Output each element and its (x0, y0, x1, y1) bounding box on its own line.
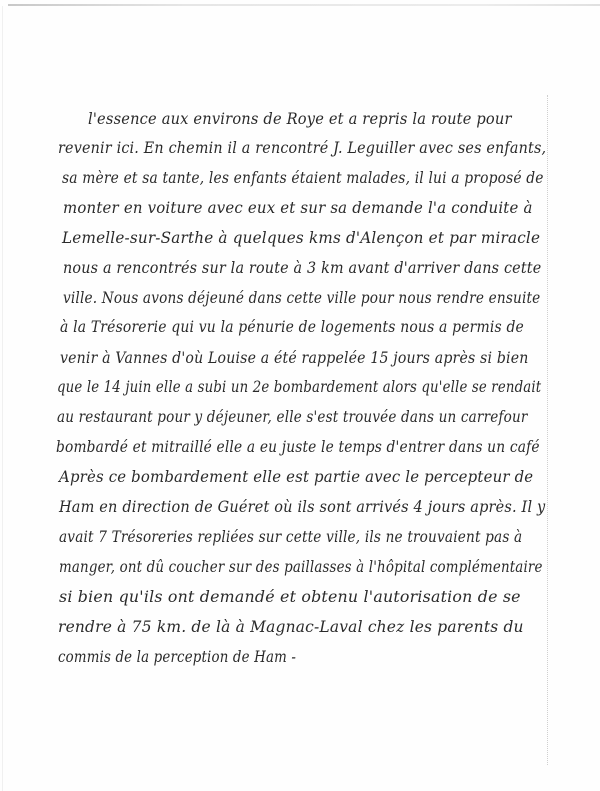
text-line: Ham en direction de Guéret où ils sont a… (59, 498, 545, 516)
right-margin-line (547, 95, 548, 765)
text-line: au restaurant pour y déjeuner, elle s'es… (57, 408, 527, 426)
text-line: à la Trésorerie qui vu la pénurie de log… (60, 318, 524, 336)
text-line: bombardé et mitraillé elle a eu juste le… (56, 438, 540, 456)
text-line: si bien qu'ils ont demandé et obtenu l'a… (59, 588, 521, 606)
paper-top-edge (8, 4, 600, 6)
paper-left-edge (2, 6, 3, 791)
text-line: commis de la perception de Ham - (58, 648, 296, 666)
text-line: ville. Nous avons déjeuné dans cette vil… (63, 289, 540, 307)
text-line: Après ce bombardement elle est partie av… (59, 468, 533, 486)
text-line: l'essence aux environs de Roye et a repr… (88, 110, 512, 128)
text-line: nous a rencontrés sur la route à 3 km av… (63, 259, 541, 277)
text-line: que le 14 juin elle a subi un 2e bombard… (57, 378, 541, 396)
text-line: venir à Vannes d'où Louise a été rappelé… (60, 349, 528, 367)
text-line: revenir ici. En chemin il a rencontré J.… (58, 139, 546, 157)
text-line: Lemelle-sur-Sarthe à quelques kms d'Alen… (62, 229, 540, 247)
text-line: rendre à 75 km. de là à Magnac-Laval che… (58, 618, 524, 636)
text-line: monter en voiture avec eux et sur sa dem… (63, 199, 533, 217)
text-line: sa mère et sa tante, les enfants étaient… (62, 169, 544, 187)
text-line: avait 7 Trésoreries repliées sur cette v… (59, 528, 522, 546)
document-page: l'essence aux environs de Roye et a repr… (0, 0, 600, 791)
text-line: manger, ont dû coucher sur des paillasse… (59, 558, 543, 576)
